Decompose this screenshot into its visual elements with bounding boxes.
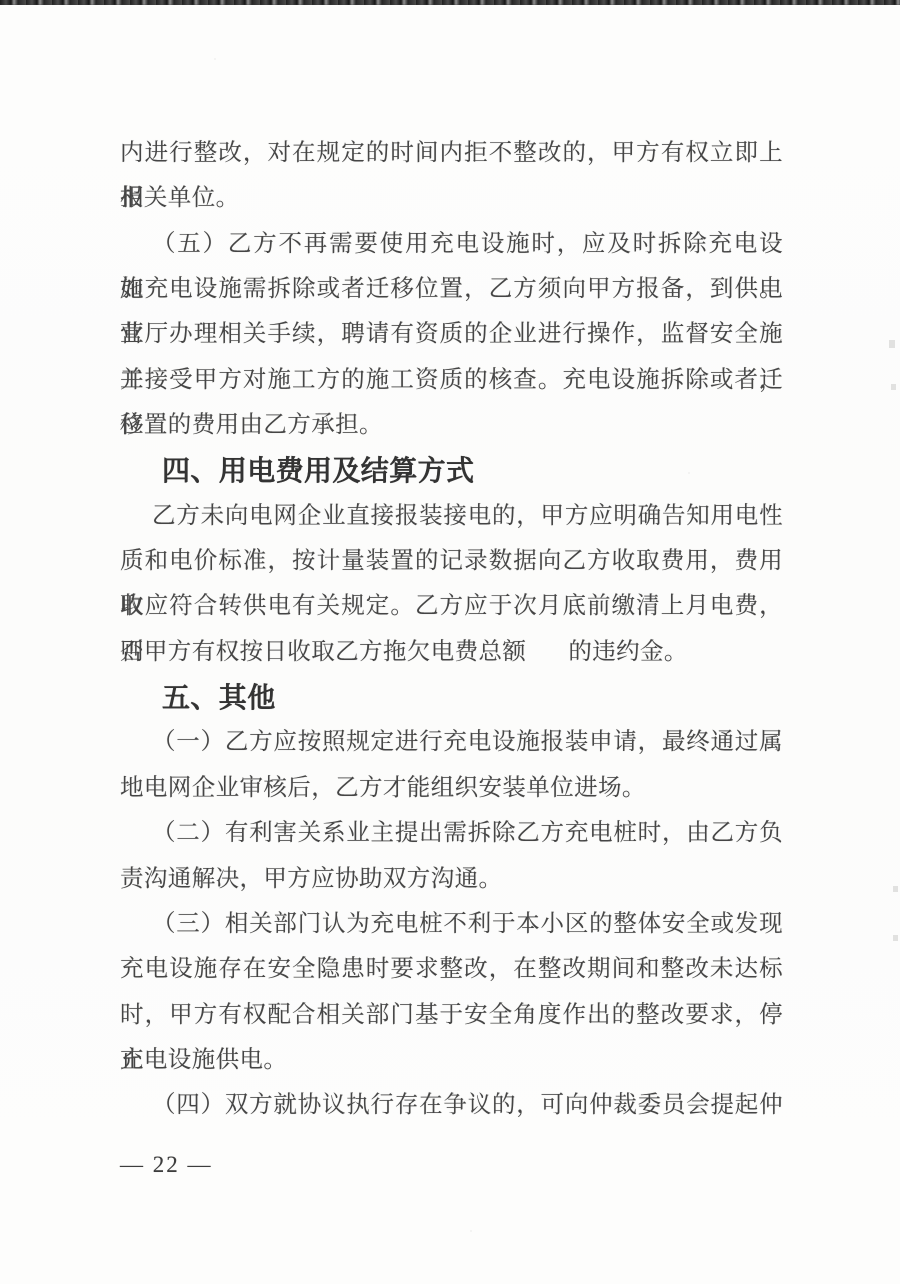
body-line-paragraph-end: 责沟通解决，甲方应协助双方沟通。 <box>120 857 783 902</box>
blank-line-text-before: 则甲方有权按日收取乙方拖欠电费总额 <box>120 639 526 665</box>
body-line: 内进行整改，对在规定的时间内拒不整改的，甲方有权立即上报 <box>120 131 783 176</box>
body-line: 时，甲方有权配合相关部门基于安全角度作出的整改要求，停止 <box>120 993 783 1038</box>
body-line-paragraph-end: 位置的费用由乙方承担。 <box>120 403 783 448</box>
body-line-paragraph-end: 相关单位。 <box>120 176 783 221</box>
document-text-block: 内进行整改，对在规定的时间内拒不整改的，甲方有权立即上报 相关单位。 （五）乙方… <box>120 131 783 1129</box>
clause-1-first-line: （一）乙方应按照规定进行充电设施报装申请，最终通过属 <box>120 720 783 765</box>
body-line-paragraph-end: 充电设施供电。 <box>120 1038 783 1083</box>
section-heading-4: 四、用电费用及结算方式 <box>120 448 783 493</box>
scan-speck <box>214 58 216 60</box>
scan-speck <box>470 1230 472 1232</box>
clause-3-first-line: （三）相关部门认为充电桩不利于本小区的整体安全或发现 <box>120 902 783 947</box>
body-line: 如充电设施需拆除或者迁移位置，乙方须向甲方报备，到供电营 <box>120 267 783 312</box>
document-page: 内进行整改，对在规定的时间内拒不整改的，甲方有权立即上报 相关单位。 （五）乙方… <box>0 0 900 1284</box>
scan-speck <box>350 292 352 294</box>
body-line-first: 乙方未向电网企业直接报装接电的，甲方应明确告知用电性 <box>120 494 783 539</box>
body-line: 并接受甲方对施工方的施工资质的核查。充电设施拆除或者迁移 <box>120 358 783 403</box>
scan-edge-mark <box>893 935 898 941</box>
scan-artifact-top-band <box>0 0 900 5</box>
body-line-paragraph-end: 地电网企业审核后，乙方才能组织安装单位进场。 <box>120 766 783 811</box>
scan-edge-mark <box>889 340 895 348</box>
scan-edge-mark <box>891 384 896 390</box>
body-line: 业厅办理相关手续，聘请有资质的企业进行操作，监督安全施工， <box>120 312 783 357</box>
scan-speck <box>688 472 690 474</box>
body-line: 充电设施存在安全隐患时要求整改，在整改期间和整改未达标 <box>120 947 783 992</box>
fill-in-blank <box>526 658 568 659</box>
section-heading-5: 五、其他 <box>120 675 783 720</box>
blank-line-text-after: 的违约金。 <box>568 639 688 665</box>
body-line-with-blank: 则甲方有权按日收取乙方拖欠电费总额的违约金。 <box>120 630 783 675</box>
clause-2-first-line: （二）有利害关系业主提出需拆除乙方充电桩时，由乙方负 <box>120 811 783 856</box>
scan-edge-mark <box>893 886 898 892</box>
body-line: 质和电价标准，按计量装置的记录数据向乙方收取费用，费用收 <box>120 539 783 584</box>
clause-5-first-line: （五）乙方不再需要使用充电设施时，应及时拆除充电设施。 <box>120 222 783 267</box>
clause-4-first-line: （四）双方就协议执行存在争议的，可向仲裁委员会提起仲 <box>120 1083 783 1128</box>
body-line: 取应符合转供电有关规定。乙方应于次月底前缴清上月电费，否 <box>120 584 783 629</box>
page-number: — 22 — <box>120 1147 213 1183</box>
